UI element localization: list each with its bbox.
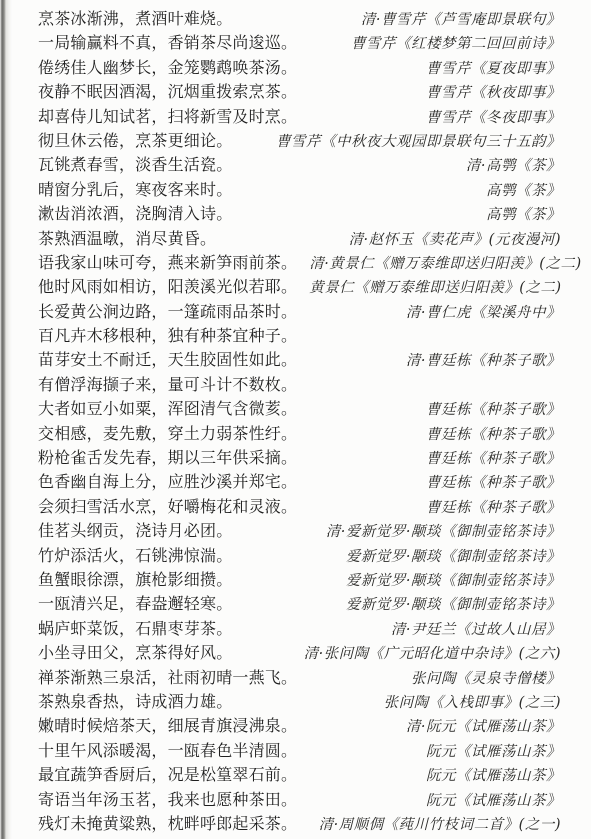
verse-text: 嫩晴时候焙茶天，细展青旗浸沸泉。 [38, 713, 297, 736]
poem-row: 会须扫雪活水烹，好嚼梅花和灵液。 曹廷栋《种茶子歌》 [38, 494, 561, 518]
poem-row: 蜗庐虾菜饭，石鼎枣芽茶。 清·尹廷兰《过故人山居》 [38, 616, 561, 640]
attribution-text: 清·高鹗《茶》 [244, 154, 561, 175]
verse-text: 竹炉添活火，石铫沸惊湍。 [38, 543, 232, 566]
verse-text: 一瓯清兴足，春盎邂轻寒。 [38, 591, 232, 614]
attribution-text: 高鹗《茶》 [244, 203, 561, 224]
verse-text: 小坐寻田父，烹茶得好风。 [38, 640, 232, 663]
poem-row: 茶熟泉香热，诗成酒力雄。 张问陶《入栈即事》(之三) [38, 689, 561, 713]
poem-row: 寄语当年汤玉茗，我来也愿种茶田。 阮元《试雁荡山茶》 [38, 787, 561, 811]
verse-text: 晴窗分乳后，寒夜客来时。 [38, 177, 232, 200]
poem-row: 茶熟酒温暾，消尽黄昏。 清·赵怀玉《卖花声》(元夜漫河) [38, 226, 561, 250]
poem-row: 竹炉添活火，石铫沸惊湍。 爱新觉罗·颙琰《御制壶铭茶诗》 [38, 543, 561, 567]
attribution-text: 曹廷栋《种茶子歌》 [309, 496, 561, 517]
attribution-text: 曹廷栋《种茶子歌》 [309, 471, 561, 492]
poem-row: 有僧浮海撷子来，量可斗计不数枚。 [38, 372, 561, 396]
attribution-text: 阮元《试雁荡山茶》 [309, 764, 561, 785]
attribution-text: 黄景仁《赠万泰维即送归阳羡》(之二) [309, 276, 561, 297]
verse-text: 粉枪雀舌发先春，期以三年供采摘。 [38, 445, 297, 468]
poem-row: 小坐寻田父，烹茶得好风。 清·张问陶《广元昭化道中杂诗》(之六) [38, 640, 561, 664]
poem-row: 残灯未掩黄粱熟，枕畔呼郎起采茶。 清·周顺倜《莼川竹枝词二首》(之一) [38, 811, 561, 835]
attribution-text: 清·阮元《试雁荡山茶》 [309, 715, 561, 736]
poem-row: 彻旦休云倦，烹茶更细论。 曹雪芹《中秋夜大观园即景联句三十五韵》 [38, 128, 561, 152]
verse-text: 他时风雨如相访，阳羡溪光似若耶。 [38, 274, 297, 297]
verse-text: 长爱黄公涧边路，一篷疏雨品茶时。 [38, 299, 297, 322]
verse-text: 残灯未掩黄粱熟，枕畔呼郎起采茶。 [38, 811, 297, 834]
poem-row: 嫩晴时候焙茶天，细展青旗浸沸泉。 清·阮元《试雁荡山茶》 [38, 713, 561, 737]
attribution-text: 清·爱新觉罗·颙琰《御制壶铭茶诗》 [244, 520, 561, 541]
poem-row: 语我家山味可夸，燕来新笋雨前茶。 清·黄景仁《赠万泰维即送归阳羡》(之二) [38, 250, 561, 274]
poem-row: 十里午风添暖渴，一瓯春色半清圆。 阮元《试雁荡山茶》 [38, 738, 561, 762]
attribution-text: 清·曹廷栋《种茶子歌》 [309, 349, 561, 370]
attribution-text: 清·曹雪芹《芦雪庵即景联句》 [244, 8, 561, 29]
attribution-text: 阮元《试雁荡山茶》 [309, 740, 561, 761]
verse-text: 烹茶冰渐沸，煮酒叶难烧。 [38, 6, 232, 29]
verse-text: 百凡卉木移根种，独有种茶宜种子。 [38, 323, 297, 346]
verse-text: 鱼蟹眼徐漂，旗枪影细攒。 [38, 567, 232, 590]
verse-text: 会须扫雪活水烹，好嚼梅花和灵液。 [38, 494, 297, 517]
attribution-text: 清·张问陶《广元昭化道中杂诗》(之六) [244, 642, 561, 663]
verse-text: 寄语当年汤玉茗，我来也愿种茶田。 [38, 787, 297, 810]
verse-text: 彻旦休云倦，烹茶更细论。 [38, 128, 232, 151]
verse-text: 夜静不眠因酒渴，沉烟重拨索烹茶。 [38, 79, 297, 102]
poem-row: 禅茶渐熟三泉活，社雨初晴一燕飞。 张问陶《灵泉寺僧楼》 [38, 665, 561, 689]
verse-text: 语我家山味可夸，燕来新笋雨前茶。 [38, 250, 297, 273]
attribution-text: 曹廷栋《种茶子歌》 [309, 447, 561, 468]
verse-text: 禅茶渐熟三泉活，社雨初晴一燕飞。 [38, 665, 297, 688]
attribution-text: 清·尹廷兰《过故人山居》 [244, 618, 561, 639]
verse-text: 苗芽安土不耐迁，天生胶固性如此。 [38, 347, 297, 370]
attribution-text: 曹廷栋《种茶子歌》 [309, 423, 561, 444]
poem-row: 漱齿消浓酒，浇胸清入诗。 高鹗《茶》 [38, 201, 561, 225]
attribution-text: 清·黄景仁《赠万泰维即送归阳羡》(之二) [309, 252, 581, 273]
attribution-text: 张问陶《灵泉寺僧楼》 [309, 667, 561, 688]
poem-row: 粉枪雀舌发先春，期以三年供采摘。 曹廷栋《种茶子歌》 [38, 445, 561, 469]
verse-text: 交相感，麦先敷，穿土力弱茶性纡。 [38, 421, 297, 444]
verse-text: 却喜侍儿知试茗，扫将新雪及时烹。 [38, 104, 297, 127]
attribution-text: 阮元《试雁荡山茶》 [309, 789, 561, 810]
verse-text: 十里午风添暖渴，一瓯春色半清圆。 [38, 738, 297, 761]
verse-text: 茶熟酒温暾，消尽黄昏。 [38, 226, 216, 249]
attribution-text: 曹雪芹《秋夜即事》 [309, 81, 561, 102]
poem-row: 晴窗分乳后，寒夜客来时。 高鹗《茶》 [38, 177, 561, 201]
poem-row: 倦绣佳人幽梦长，金笼鹦鹉唤茶汤。 曹雪芹《夏夜即事》 [38, 55, 561, 79]
poem-row: 他时风雨如相访，阳羡溪光似若耶。 黄景仁《赠万泰维即送归阳羡》(之二) [38, 274, 561, 298]
poem-row: 长爱黄公涧边路，一篷疏雨品茶时。 清·曹仁虎《梁溪舟中》 [38, 299, 561, 323]
poem-row: 百凡卉木移根种，独有种茶宜种子。 [38, 323, 561, 347]
attribution-text: 曹廷栋《种茶子歌》 [309, 398, 561, 419]
poem-row: 夜静不眠因酒渴，沉烟重拨索烹茶。 曹雪芹《秋夜即事》 [38, 79, 561, 103]
verse-text: 瓦铫煮春雪，淡香生活瓷。 [38, 152, 232, 175]
poem-row: 瓦铫煮春雪，淡香生活瓷。 清·高鹗《茶》 [38, 152, 561, 176]
poem-row: 交相感，麦先敷，穿土力弱茶性纡。 曹廷栋《种茶子歌》 [38, 421, 561, 445]
poem-row: 烹茶冰渐沸，煮酒叶难烧。 清·曹雪芹《芦雪庵即景联句》 [38, 6, 561, 30]
poem-row: 色香幽自海上分，应胜沙溪并郑宅。 曹廷栋《种茶子歌》 [38, 469, 561, 493]
attribution-text: 清·周顺倜《莼川竹枝词二首》(之一) [309, 813, 561, 834]
attribution-text: 爱新觉罗·颙琰《御制壶铭茶诗》 [244, 593, 561, 614]
attribution-text: 曹雪芹《夏夜即事》 [309, 57, 561, 78]
poem-row: 鱼蟹眼徐漂，旗枪影细攒。 爱新觉罗·颙琰《御制壶铭茶诗》 [38, 567, 561, 591]
poem-row: 佳茗头纲贡，浇诗月必团。 清·爱新觉罗·颙琰《御制壶铭茶诗》 [38, 518, 561, 542]
attribution-text: 曹雪芹《中秋夜大观园即景联句三十五韵》 [244, 130, 561, 151]
verse-text: 蜗庐虾菜饭，石鼎枣芽茶。 [38, 616, 232, 639]
poem-row: 一瓯清兴足，春盎邂轻寒。 爱新觉罗·颙琰《御制壶铭茶诗》 [38, 591, 561, 615]
verse-text: 有僧浮海撷子来，量可斗计不数枚。 [38, 372, 297, 395]
attribution-text: 清·曹仁虎《梁溪舟中》 [309, 301, 561, 322]
verse-text: 漱齿消浓酒，浇胸清入诗。 [38, 201, 232, 224]
poem-row: 大者如豆小如粟，浑囵清气含微荄。 曹廷栋《种茶子歌》 [38, 396, 561, 420]
attribution-text: 曹雪芹《红楼梦第二回回前诗》 [309, 32, 561, 53]
verse-text: 佳茗头纲贡，浇诗月必团。 [38, 518, 232, 541]
attribution-text: 爱新觉罗·颙琰《御制壶铭茶诗》 [244, 569, 561, 590]
book-page: 烹茶冰渐沸，煮酒叶难烧。 清·曹雪芹《芦雪庵即景联句》 一局输赢料不真，香销茶尽… [0, 0, 591, 839]
verse-text: 大者如豆小如粟，浑囵清气含微荄。 [38, 396, 297, 419]
poem-row: 最宜蔬笋香厨后，况是松篁翠石前。 阮元《试雁荡山茶》 [38, 762, 561, 786]
attribution-text: 爱新觉罗·颙琰《御制壶铭茶诗》 [244, 545, 561, 566]
attribution-text: 曹雪芹《冬夜即事》 [309, 106, 561, 127]
verse-text: 一局输赢料不真，香销茶尽尚逡巡。 [38, 30, 297, 53]
attribution-text: 高鹗《茶》 [244, 179, 561, 200]
poem-list: 烹茶冰渐沸，煮酒叶难烧。 清·曹雪芹《芦雪庵即景联句》 一局输赢料不真，香销茶尽… [0, 6, 591, 835]
attribution-text: 清·赵怀玉《卖花声》(元夜漫河) [228, 228, 561, 249]
poem-row: 苗芽安土不耐迁，天生胶固性如此。 清·曹廷栋《种茶子歌》 [38, 347, 561, 371]
verse-text: 最宜蔬笋香厨后，况是松篁翠石前。 [38, 762, 297, 785]
verse-text: 色香幽自海上分，应胜沙溪并郑宅。 [38, 469, 297, 492]
verse-text: 茶熟泉香热，诗成酒力雄。 [38, 689, 232, 712]
poem-row: 一局输赢料不真，香销茶尽尚逡巡。 曹雪芹《红楼梦第二回回前诗》 [38, 30, 561, 54]
verse-text: 倦绣佳人幽梦长，金笼鹦鹉唤茶汤。 [38, 55, 297, 78]
poem-row: 却喜侍儿知试茗，扫将新雪及时烹。 曹雪芹《冬夜即事》 [38, 104, 561, 128]
attribution-text: 张问陶《入栈即事》(之三) [244, 691, 561, 712]
